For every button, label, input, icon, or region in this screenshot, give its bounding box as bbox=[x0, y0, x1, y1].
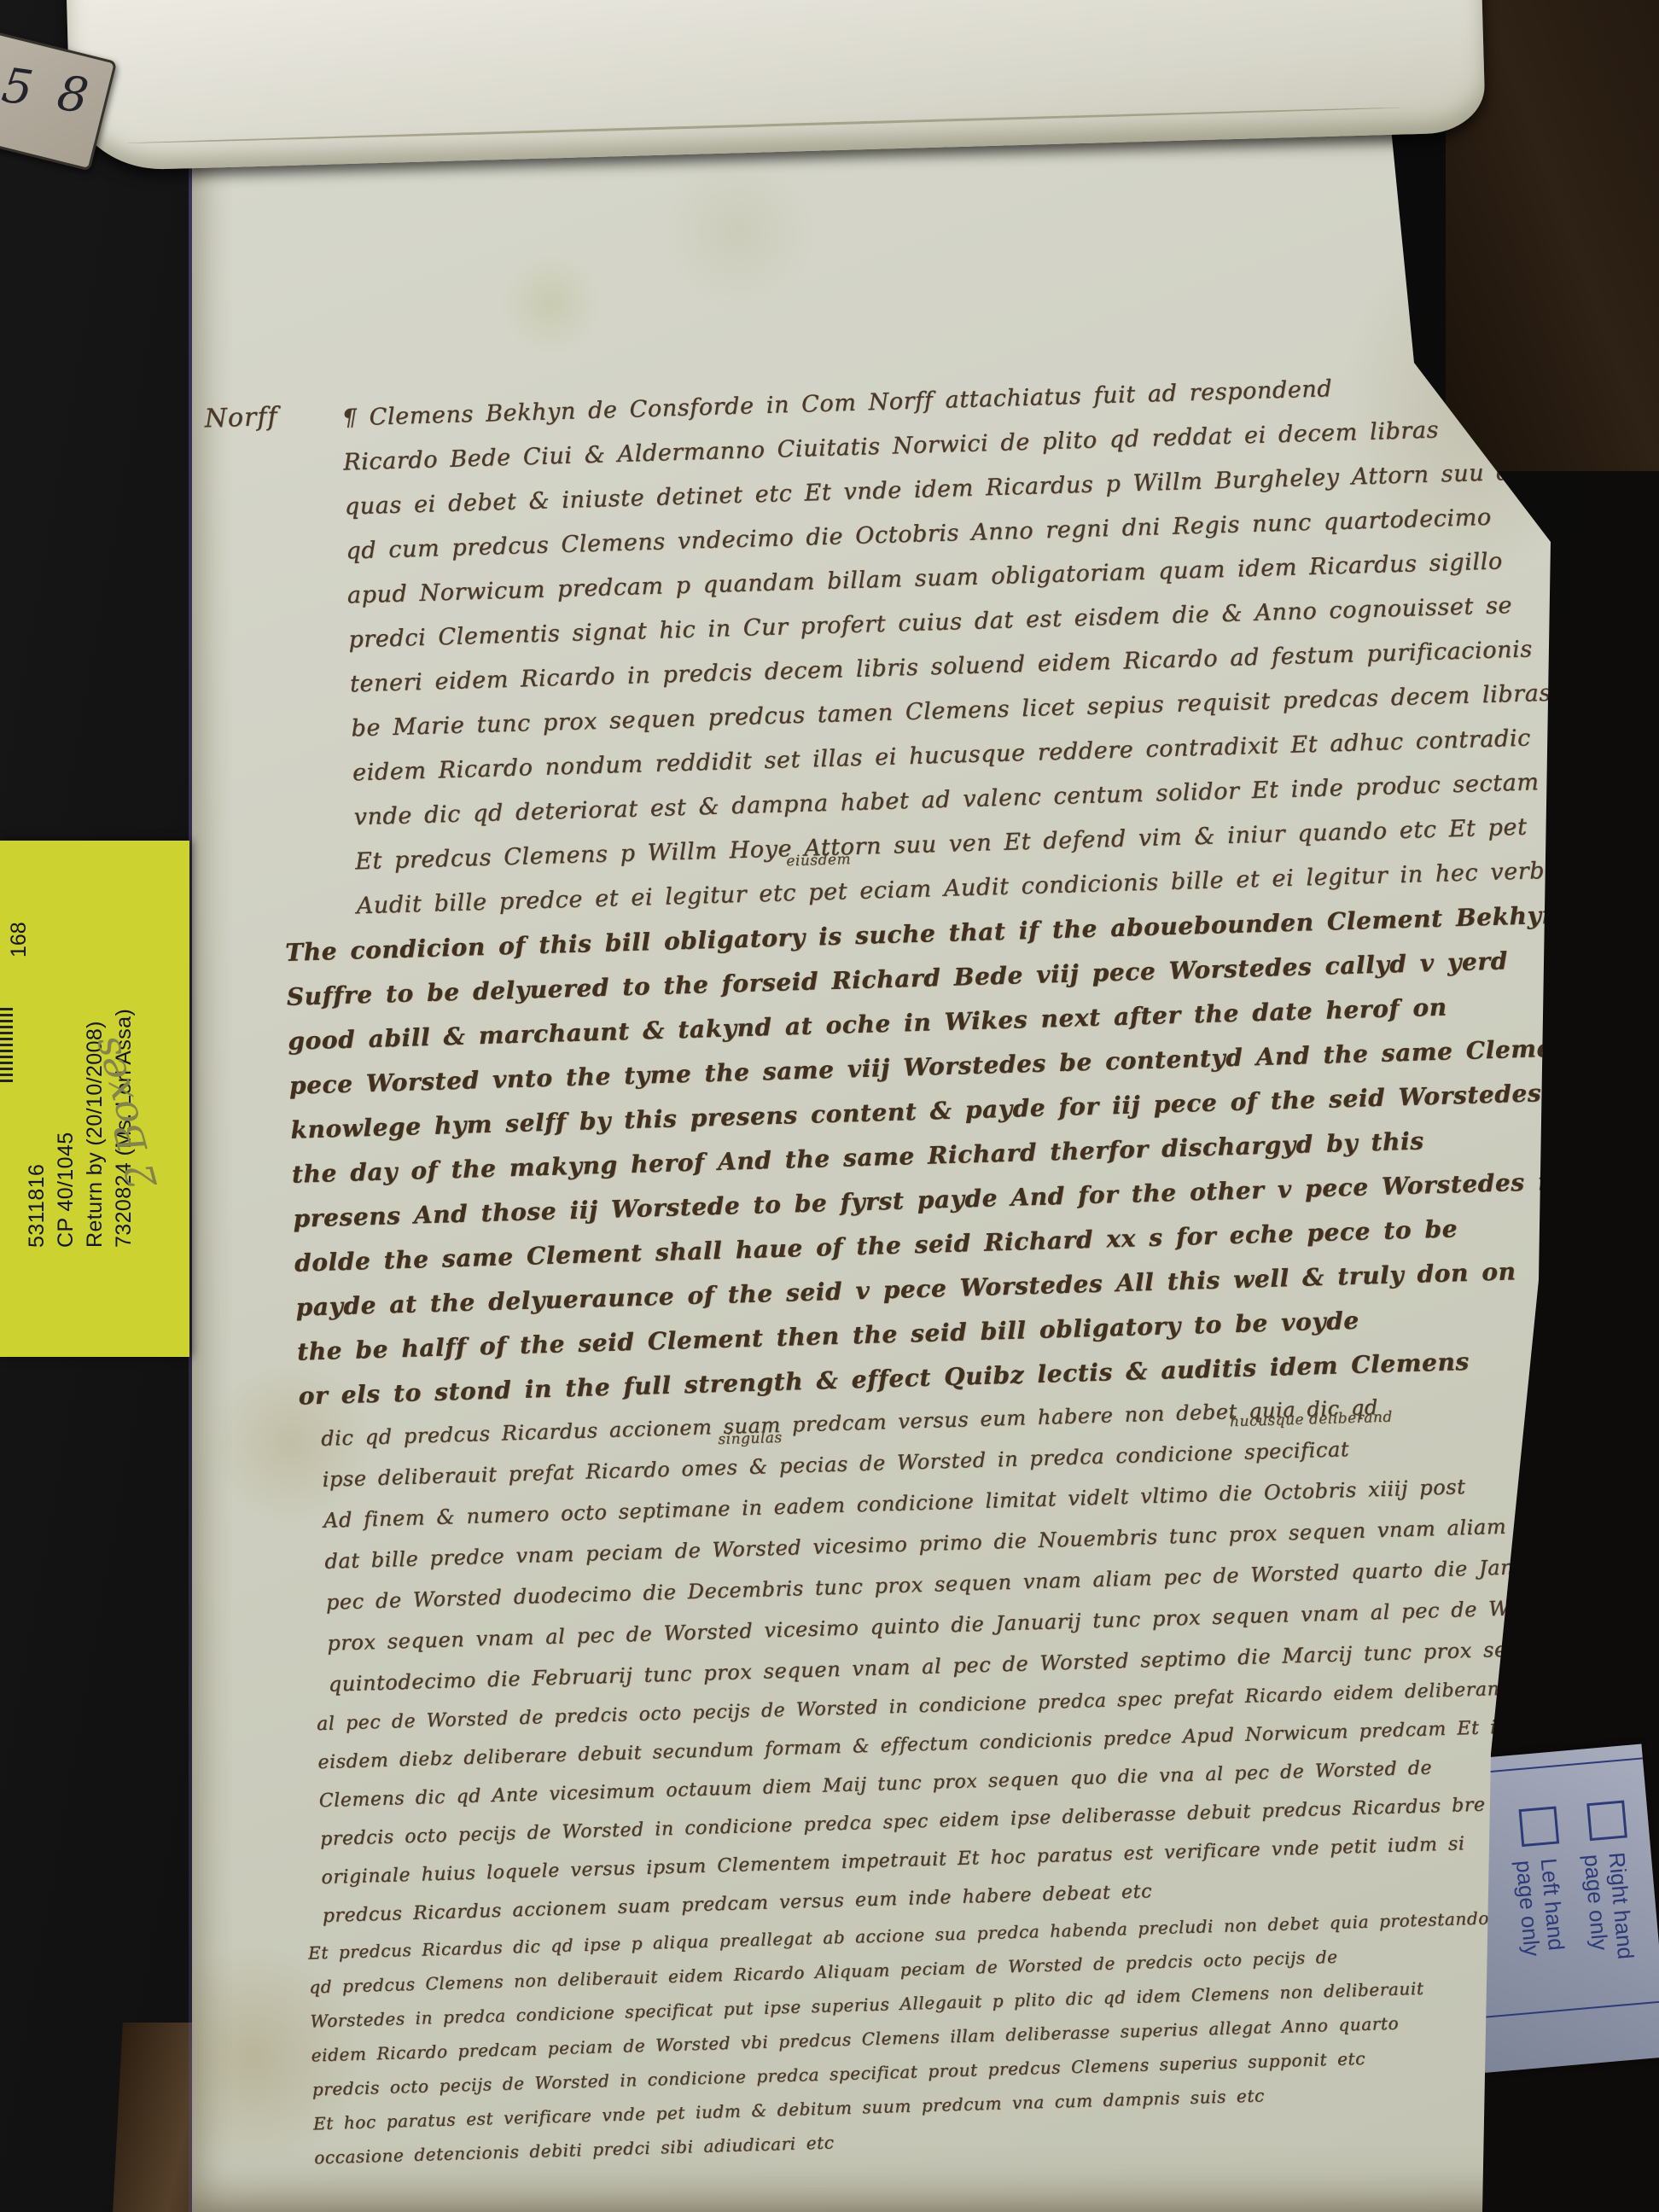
manuscript-photo-scene: 5 8 Norff ¶ Clemens Bekhyn de Consforde … bbox=[0, 0, 1659, 2212]
barcode-icon bbox=[0, 1007, 13, 1082]
manuscript-lines: ¶ Clemens Bekhyn de Consforde in Com Nor… bbox=[243, 362, 1575, 2176]
manuscript-page: Norff ¶ Clemens Bekhyn de Consforde in C… bbox=[192, 128, 1659, 2212]
tag-rule-line bbox=[1481, 2000, 1659, 2018]
sticky-note-face: 168 5311816 CP 40/1045 Return by (20/10/… bbox=[0, 841, 189, 1357]
page-option-label: Left hand page only bbox=[1511, 1857, 1573, 1997]
manuscript-text-block: Norff ¶ Clemens Bekhyn de Consforde in C… bbox=[243, 362, 1575, 2176]
checkbox-icon bbox=[1519, 1806, 1560, 1847]
note-sequence-number: 168 bbox=[7, 922, 32, 958]
page-option-label: Right hand page only bbox=[1580, 1851, 1641, 1991]
interlinear-insertion: eiusdem bbox=[786, 851, 851, 870]
archive-sticky-note: 168 5311816 CP 40/1045 Return by (20/10/… bbox=[0, 841, 189, 1357]
page-option-row: Right hand page only bbox=[1575, 1800, 1640, 1991]
note-line: 5311816 bbox=[22, 1009, 51, 1248]
checkbox-icon bbox=[1586, 1800, 1627, 1841]
interlinear-insertion: singulas bbox=[718, 1429, 783, 1448]
page-option-row: Left hand page only bbox=[1507, 1806, 1573, 1997]
note-line: CP 40/1045 bbox=[51, 1009, 80, 1248]
margin-county-annotation: Norff bbox=[204, 402, 278, 434]
page-options: Right hand page only Left hand page only bbox=[1507, 1800, 1641, 1997]
corner-tag-handwriting: 5 8 bbox=[0, 58, 96, 125]
